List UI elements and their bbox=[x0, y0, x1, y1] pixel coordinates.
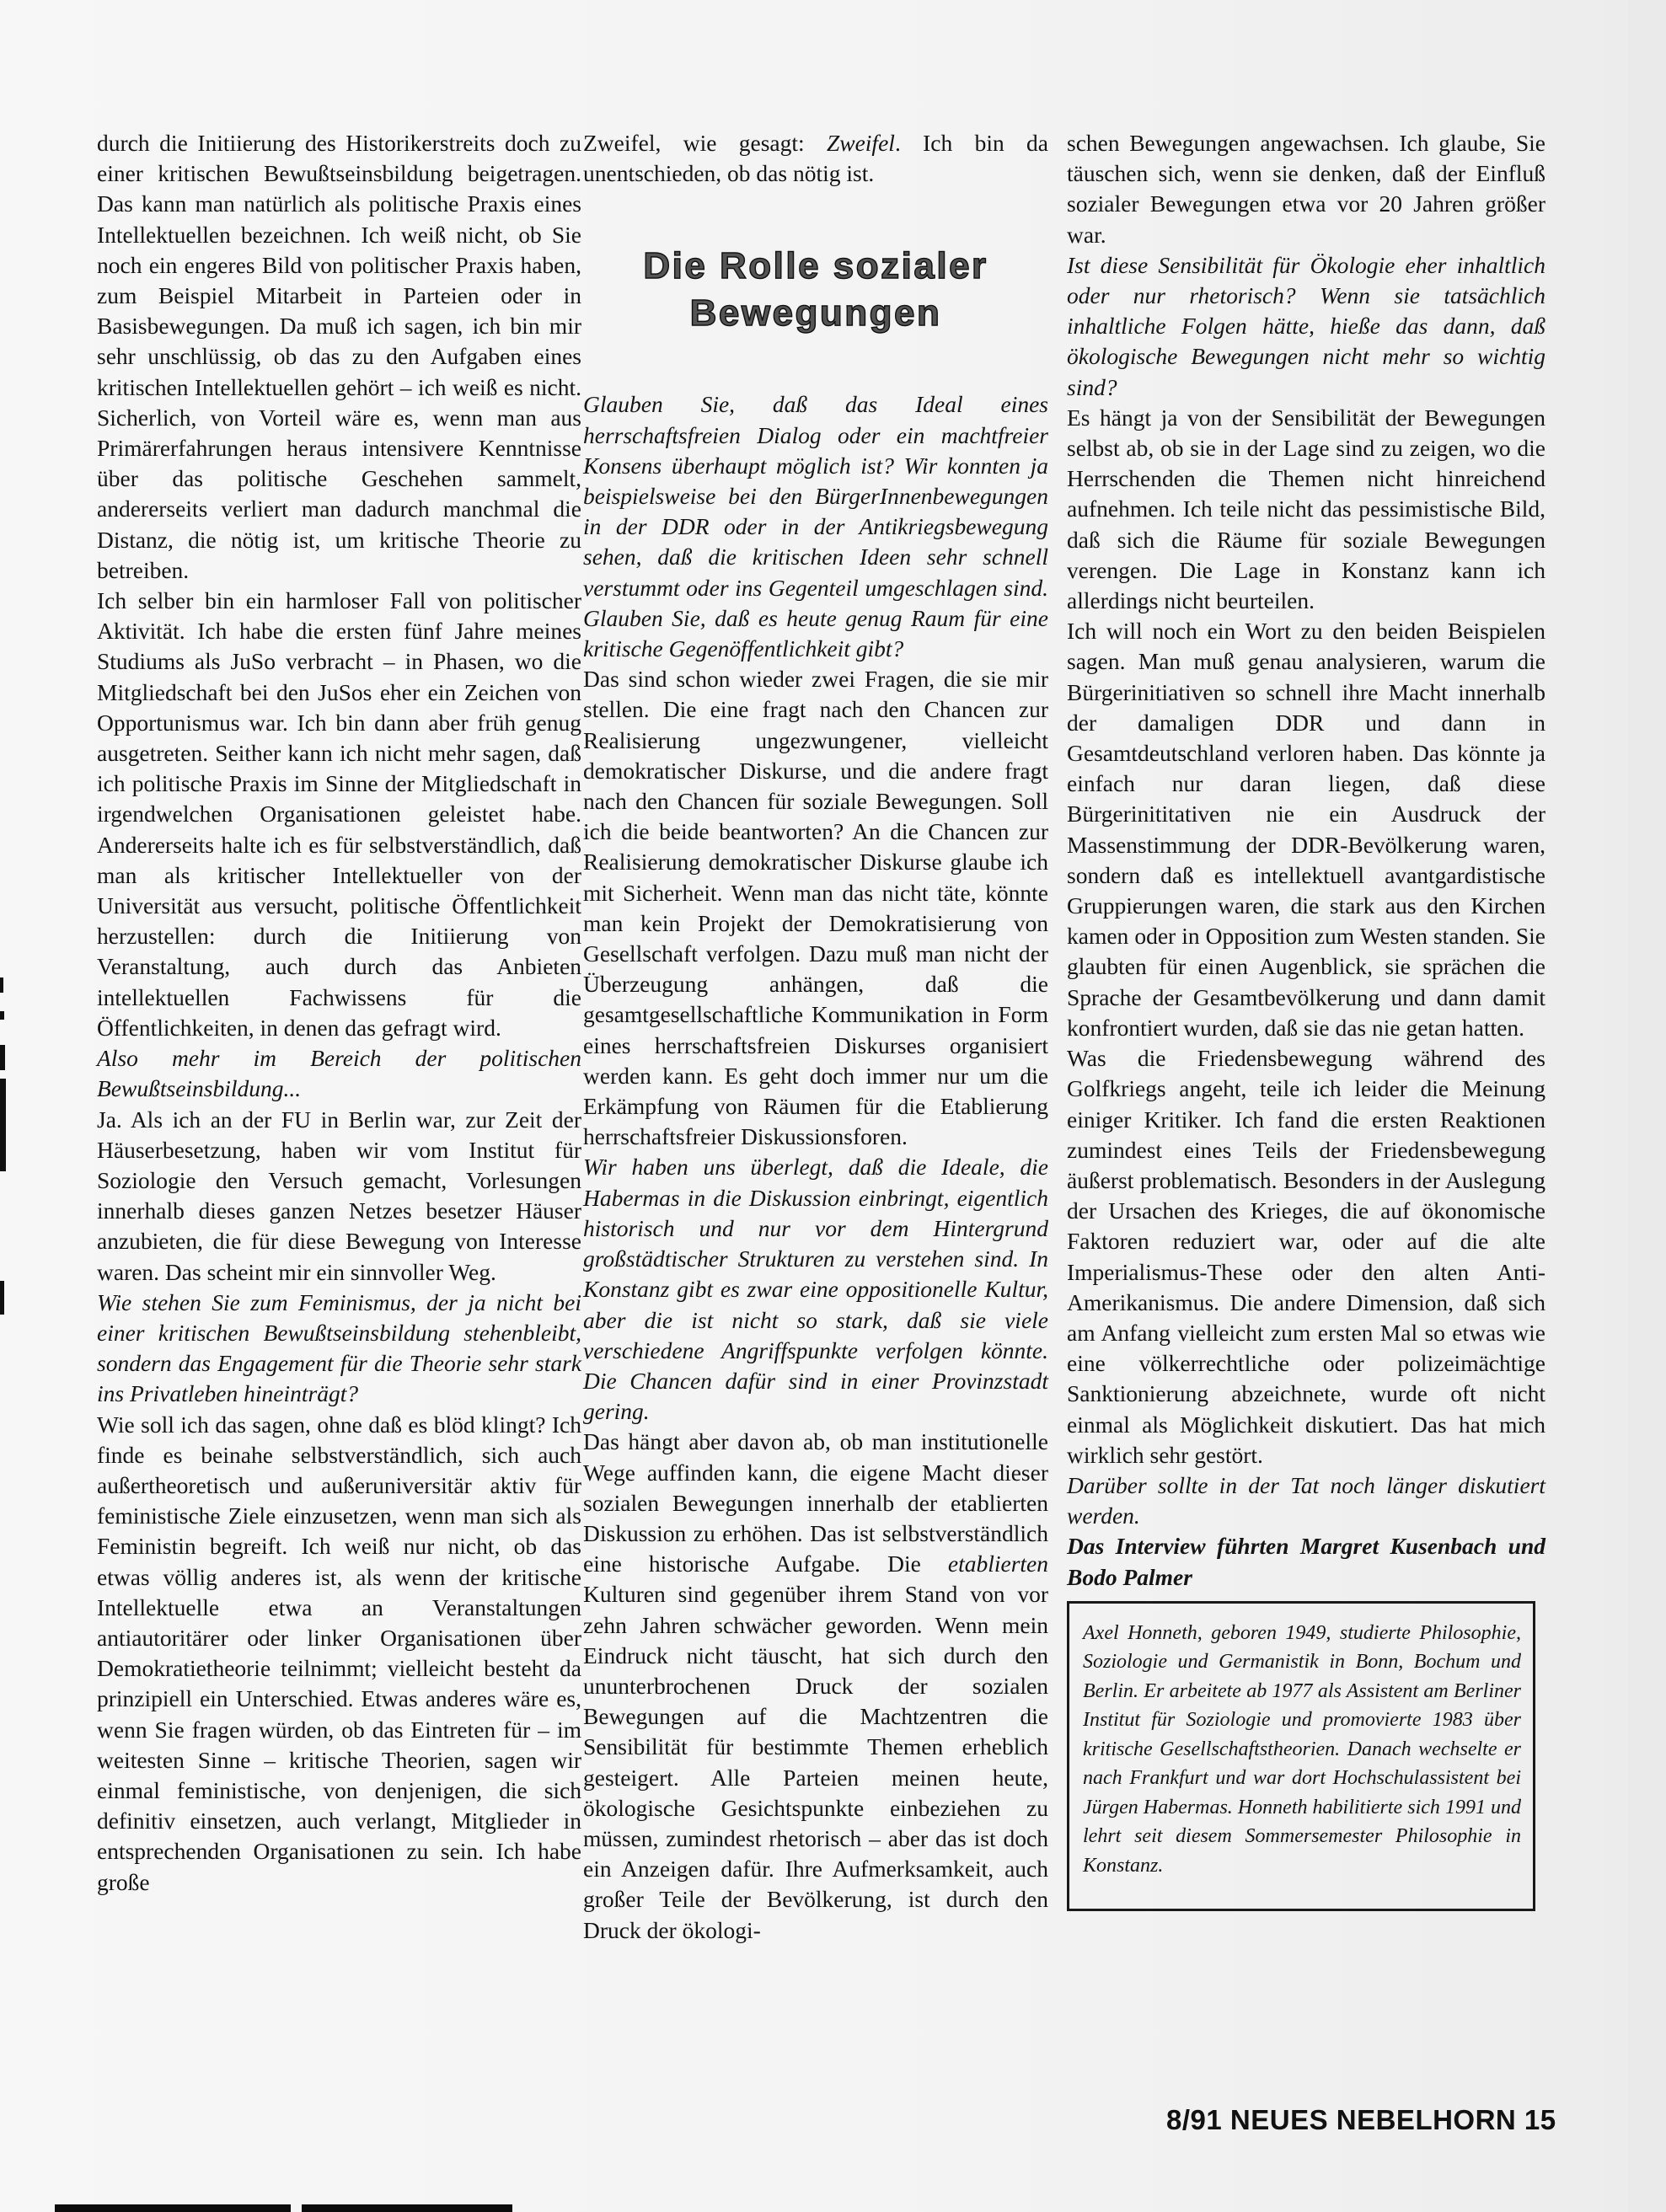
scan-artifact-bottom bbox=[55, 2204, 291, 2212]
answer-paragraph: Das hängt aber davon ab, ob man institut… bbox=[583, 1427, 1048, 1945]
answer-paragraph: durch die Initiierung des Historikerstre… bbox=[97, 128, 581, 586]
answer-paragraph: Das sind schon wieder zwei Fragen, die s… bbox=[583, 664, 1048, 1152]
section-heading: Die Rolle sozialer Bewegungen bbox=[583, 243, 1048, 337]
answer-paragraph: Es hängt ja von der Sensibilität der Bew… bbox=[1067, 403, 1545, 616]
answer-paragraph: Ich will noch ein Wort zu den beiden Bei… bbox=[1067, 616, 1545, 1043]
heading-line: Die Rolle sozialer bbox=[643, 245, 988, 287]
text-run: Zweifel, wie gesagt: bbox=[583, 130, 827, 156]
scan-artifact bbox=[0, 1045, 5, 1070]
answer-paragraph: schen Bewegungen angewachsen. Ich glaube… bbox=[1067, 128, 1545, 250]
page-right-edge bbox=[1628, 0, 1666, 2212]
column-1: durch die Initiierung des Historikerstre… bbox=[97, 128, 581, 1898]
scan-artifact bbox=[0, 1011, 4, 1020]
interview-question: Also mehr im Bereich der politischen Bew… bbox=[97, 1043, 581, 1104]
interview-question: Glauben Sie, daß das Ideal eines herrsch… bbox=[583, 389, 1048, 664]
answer-paragraph: Ich selber bin ein harmloser Fall von po… bbox=[97, 586, 581, 1043]
column-2: Zweifel, wie gesagt: Zweifel. Ich bin da… bbox=[583, 128, 1048, 1946]
interview-credit: Das Interview führten Margret Kusenbach … bbox=[1067, 1531, 1545, 1592]
author-bio-box: Axel Honneth, geboren 1949, studierte Ph… bbox=[1067, 1601, 1535, 1912]
page-footer: 8/91 NEUES NEBELHORN 15 bbox=[1166, 2104, 1556, 2136]
author-bio: Axel Honneth, geboren 1949, studierte Ph… bbox=[1083, 1619, 1521, 1881]
interview-question: Darüber sollte in der Tat noch länger di… bbox=[1067, 1470, 1545, 1531]
scan-artifact bbox=[0, 1281, 4, 1315]
heading-line: Bewegungen bbox=[690, 292, 942, 334]
answer-paragraph: Ja. Als ich an der FU in Berlin war, zur… bbox=[97, 1105, 581, 1288]
interview-question: Wie stehen Sie zum Feminismus, der ja ni… bbox=[97, 1288, 581, 1410]
column-3: schen Bewegungen angewachsen. Ich glaube… bbox=[1067, 128, 1545, 1911]
answer-paragraph: Wie soll ich das sagen, ohne daß es blöd… bbox=[97, 1410, 581, 1898]
interview-question: Wir haben uns überlegt, daß die Ideale, … bbox=[583, 1152, 1048, 1427]
scan-artifact-bottom bbox=[302, 2204, 512, 2212]
answer-paragraph: Was die Friedensbewegung während des Gol… bbox=[1067, 1043, 1545, 1470]
scan-artifact bbox=[0, 1079, 6, 1171]
interview-question: Ist diese Sensibilität für Ökologie eher… bbox=[1067, 250, 1545, 403]
scan-artifact bbox=[0, 977, 3, 993]
emphasis: etablierten bbox=[948, 1551, 1048, 1577]
text-run: Kulturen sind gegenüber ihrem Stand von … bbox=[583, 1581, 1048, 1942]
emphasis: Zweifel bbox=[827, 130, 895, 156]
answer-paragraph: Zweifel, wie gesagt: Zweifel. Ich bin da… bbox=[583, 128, 1048, 189]
